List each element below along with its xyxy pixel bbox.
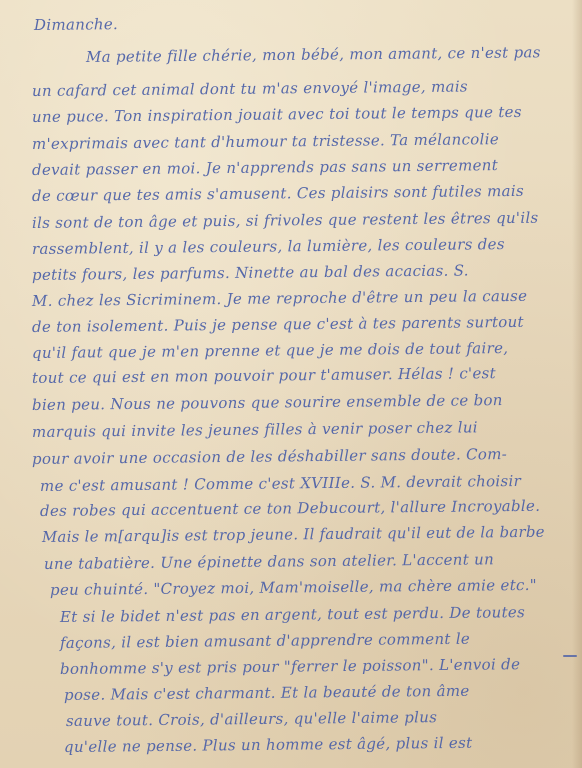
margin-dash-mark: [563, 655, 577, 657]
paper-edge-shadow: [572, 0, 582, 768]
letter-heading: Dimanche.: [34, 15, 118, 34]
